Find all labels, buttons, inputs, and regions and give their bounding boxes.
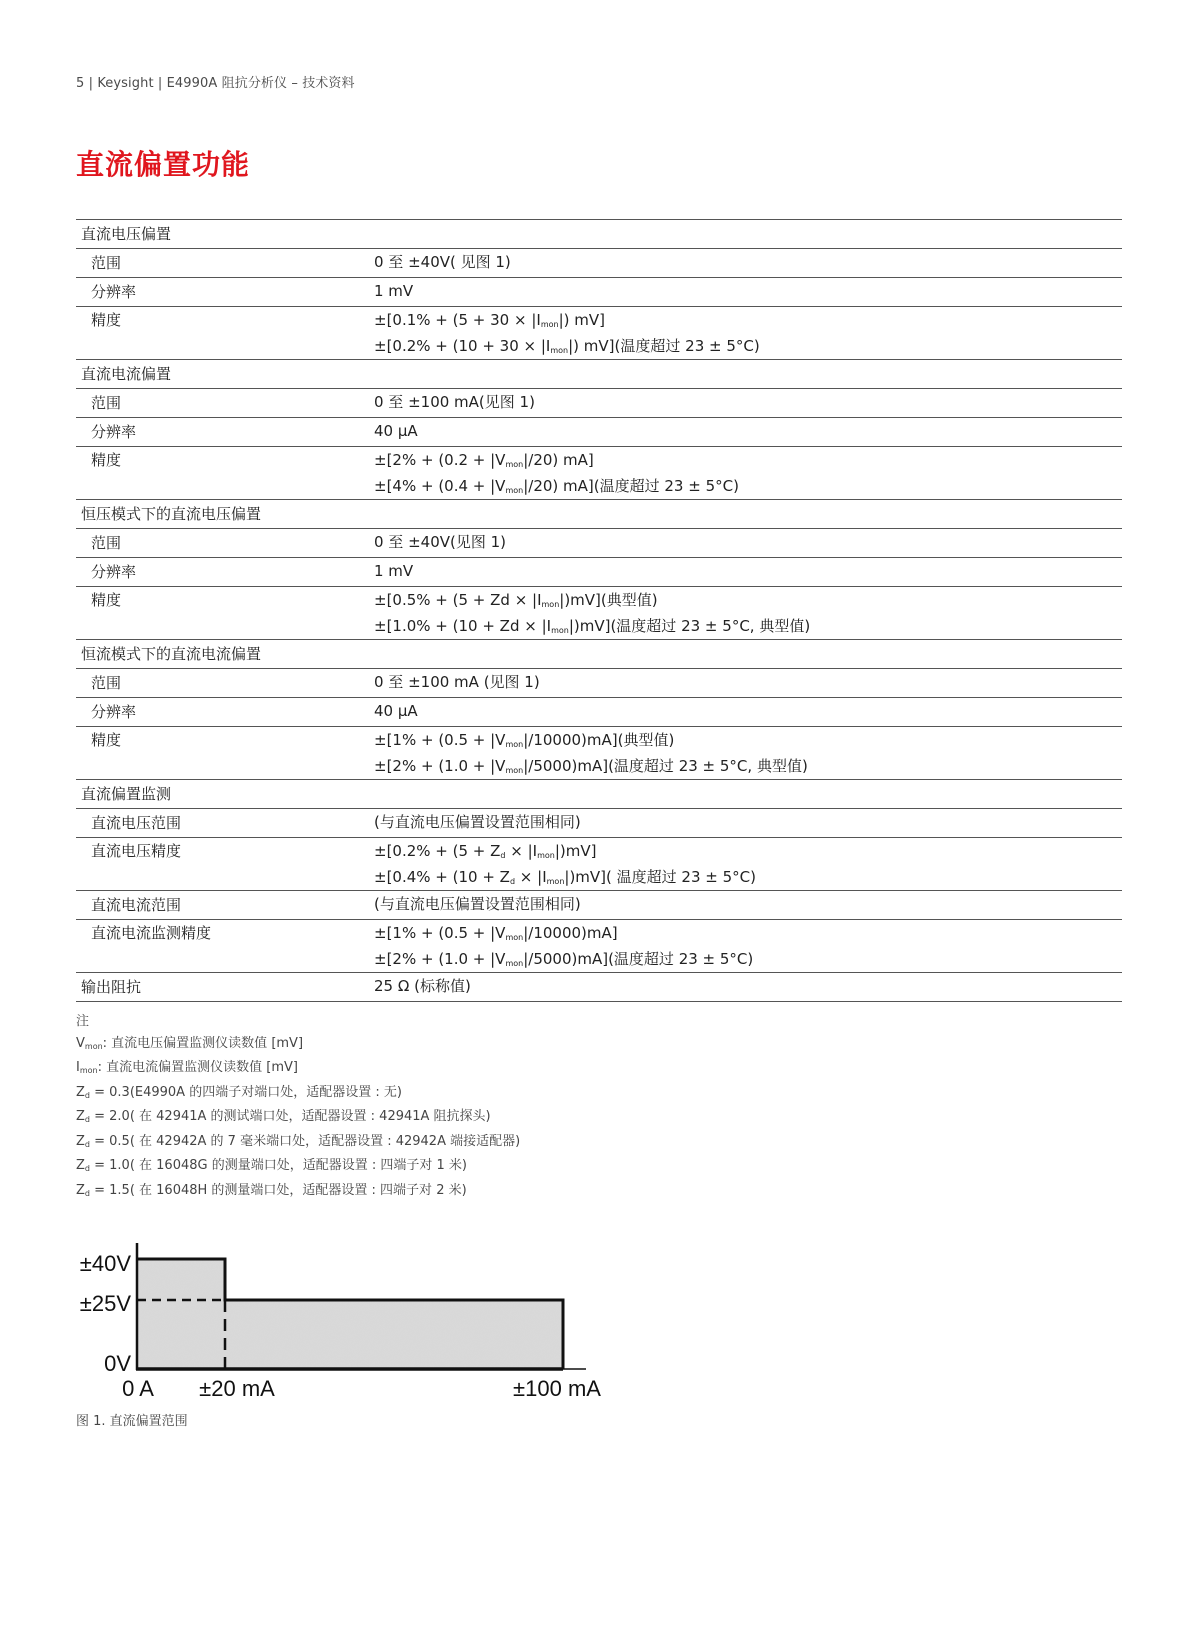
row-value: 1 mV <box>374 558 1122 587</box>
table-row: 直流电压范围(与直流电压偏置设置范围相同) <box>76 809 1122 838</box>
page-title: 直流偏置功能 <box>76 143 250 183</box>
row-label: 精度 <box>76 587 374 640</box>
value-line: (与直流电压偏置设置范围相同) <box>374 809 1122 835</box>
row-label: 直流电流监测精度 <box>76 920 374 973</box>
notes: 注 Vmon: 直流电压偏置监测仪读数值 [mV]Imon: 直流电流偏置监测仪… <box>76 1011 520 1204</box>
table-row: 分辨率40 µA <box>76 418 1122 447</box>
row-label: 范围 <box>76 529 374 558</box>
table-row: 精度±[0.1% + (5 + 30 × |Imon|) mV]±[0.2% +… <box>76 307 1122 360</box>
y-tick-25v: ±25V <box>80 1291 132 1316</box>
row-value: 0 至 ±100 mA(见图 1) <box>374 389 1122 418</box>
row-value: 1 mV <box>374 278 1122 307</box>
row-label: 范围 <box>76 389 374 418</box>
row-value: ±[0.1% + (5 + 30 × |Imon|) mV]±[0.2% + (… <box>374 307 1122 360</box>
row-label: 范围 <box>76 669 374 698</box>
note-item: Vmon: 直流电压偏置监测仪读数值 [mV] <box>76 1033 520 1058</box>
row-value: ±[0.2% + (5 + Zd × |Imon|)mV]±[0.4% + (1… <box>374 838 1122 891</box>
section-heading: 直流偏置监测 <box>76 780 1122 809</box>
value-line: ±[2% + (0.2 + |Vmon|/20) mA] <box>374 447 1122 473</box>
row-value: 0 至 ±100 mA (见图 1) <box>374 669 1122 698</box>
table-row: 精度±[1% + (0.5 + |Vmon|/10000)mA](典型值)±[2… <box>76 727 1122 780</box>
section-heading: 直流电流偏置 <box>76 360 1122 389</box>
value-line: ±[0.1% + (5 + 30 × |Imon|) mV] <box>374 307 1122 333</box>
section-heading-row: 直流电流偏置 <box>76 360 1122 389</box>
row-value: 0 至 ±40V(见图 1) <box>374 529 1122 558</box>
note-item: Zd = 0.3(E4990A 的四端子对端口处，适配器设置 : 无) <box>76 1082 520 1107</box>
row-label: 输出阻抗 <box>76 973 374 1002</box>
row-label: 范围 <box>76 249 374 278</box>
table-row: 精度±[2% + (0.2 + |Vmon|/20) mA]±[4% + (0.… <box>76 447 1122 500</box>
row-value: 25 Ω (标称值) <box>374 973 1122 1002</box>
section-heading-row: 直流电压偏置 <box>76 220 1122 249</box>
table-row: 直流电流范围(与直流电压偏置设置范围相同) <box>76 891 1122 920</box>
section-heading-row: 恒流模式下的直流电流偏置 <box>76 640 1122 669</box>
value-line: 0 至 ±40V( 见图 1) <box>374 249 1122 275</box>
x-tick-0a: 0 A <box>122 1376 154 1401</box>
row-label: 精度 <box>76 727 374 780</box>
value-line: 0 至 ±100 mA(见图 1) <box>374 389 1122 415</box>
y-tick-0v: 0V <box>104 1351 131 1376</box>
table-row: 范围0 至 ±40V(见图 1) <box>76 529 1122 558</box>
table-row-output-impedance: 输出阻抗25 Ω (标称值) <box>76 973 1122 1002</box>
row-label: 分辨率 <box>76 558 374 587</box>
row-label: 直流电流范围 <box>76 891 374 920</box>
row-label: 分辨率 <box>76 278 374 307</box>
table-row: 分辨率40 µA <box>76 698 1122 727</box>
table-row: 范围0 至 ±40V( 见图 1) <box>76 249 1122 278</box>
value-line: ±[1% + (0.5 + |Vmon|/10000)mA](典型值) <box>374 727 1122 753</box>
value-line: ±[1.0% + (10 + Zd × |Imon|)mV](温度超过 23 ±… <box>374 613 1122 639</box>
table-row: 精度±[0.5% + (5 + Zd × |Imon|)mV](典型值)±[1.… <box>76 587 1122 640</box>
section-heading-row: 恒压模式下的直流电压偏置 <box>76 500 1122 529</box>
value-line: 40 µA <box>374 418 1122 444</box>
value-line: 0 至 ±100 mA (见图 1) <box>374 669 1122 695</box>
section-heading: 恒流模式下的直流电流偏置 <box>76 640 1122 669</box>
table-row: 分辨率1 mV <box>76 278 1122 307</box>
row-value: ±[1% + (0.5 + |Vmon|/10000)mA]±[2% + (1.… <box>374 920 1122 973</box>
value-line: ±[4% + (0.4 + |Vmon|/20) mA](温度超过 23 ± 5… <box>374 473 1122 499</box>
table-row: 范围0 至 ±100 mA (见图 1) <box>76 669 1122 698</box>
note-item: Zd = 1.0( 在 16048G 的测量端口处，适配器设置 : 四端子对 1… <box>76 1155 520 1180</box>
row-label: 分辨率 <box>76 418 374 447</box>
section-heading: 直流电压偏置 <box>76 220 1122 249</box>
chart-svg: ±40V ±25V 0V 0 A ±20 mA ±100 mA <box>70 1235 630 1410</box>
value-line: ±[0.5% + (5 + Zd × |Imon|)mV](典型值) <box>374 587 1122 613</box>
value-line: ±[0.2% + (5 + Zd × |Imon|)mV] <box>374 838 1122 864</box>
x-tick-20ma: ±20 mA <box>199 1376 275 1401</box>
table-row: 范围0 至 ±100 mA(见图 1) <box>76 389 1122 418</box>
table-row: 分辨率1 mV <box>76 558 1122 587</box>
value-line: 1 mV <box>374 278 1122 304</box>
value-line: (与直流电压偏置设置范围相同) <box>374 891 1122 917</box>
row-value: ±[1% + (0.5 + |Vmon|/10000)mA](典型值)±[2% … <box>374 727 1122 780</box>
row-value: 0 至 ±40V( 见图 1) <box>374 249 1122 278</box>
x-tick-100ma: ±100 mA <box>513 1376 601 1401</box>
row-value: (与直流电压偏置设置范围相同) <box>374 809 1122 838</box>
row-value: (与直流电压偏置设置范围相同) <box>374 891 1122 920</box>
value-line: 0 至 ±40V(见图 1) <box>374 529 1122 555</box>
note-item: Zd = 0.5( 在 42942A 的 7 毫米端口处，适配器设置 : 429… <box>76 1131 520 1156</box>
note-item: Zd = 2.0( 在 42941A 的测试端口处，适配器设置 : 42941A… <box>76 1106 520 1131</box>
value-line: 1 mV <box>374 558 1122 584</box>
value-line: 40 µA <box>374 698 1122 724</box>
row-value: 40 µA <box>374 698 1122 727</box>
bias-range-chart: ±40V ±25V 0V 0 A ±20 mA ±100 mA <box>70 1235 630 1410</box>
section-heading: 恒压模式下的直流电压偏置 <box>76 500 1122 529</box>
figure-caption: 图 1. 直流偏置范围 <box>76 1410 188 1429</box>
row-label: 分辨率 <box>76 698 374 727</box>
value-line: ±[0.2% + (10 + 30 × |Imon|) mV](温度超过 23 … <box>374 333 1122 359</box>
row-value: 40 µA <box>374 418 1122 447</box>
value-line: ±[2% + (1.0 + |Vmon|/5000)mA](温度超过 23 ± … <box>374 753 1122 779</box>
table-row: 直流电压精度±[0.2% + (5 + Zd × |Imon|)mV]±[0.4… <box>76 838 1122 891</box>
note-item: Imon: 直流电流偏置监测仪读数值 [mV] <box>76 1057 520 1082</box>
note-item: Zd = 1.5( 在 16048H 的测量端口处，适配器设置 : 四端子对 2… <box>76 1180 520 1205</box>
section-heading-row: 直流偏置监测 <box>76 780 1122 809</box>
y-tick-40v: ±40V <box>80 1251 132 1276</box>
value-line: ±[0.4% + (10 + Zd × |Imon|)mV]( 温度超过 23 … <box>374 864 1122 890</box>
spec-table: 直流电压偏置范围0 至 ±40V( 见图 1)分辨率1 mV精度±[0.1% +… <box>76 219 1122 1002</box>
value-line: ±[2% + (1.0 + |Vmon|/5000)mA](温度超过 23 ± … <box>374 946 1122 972</box>
table-row: 直流电流监测精度±[1% + (0.5 + |Vmon|/10000)mA]±[… <box>76 920 1122 973</box>
row-label: 精度 <box>76 447 374 500</box>
notes-heading: 注 <box>76 1011 520 1033</box>
row-value: ±[2% + (0.2 + |Vmon|/20) mA]±[4% + (0.4 … <box>374 447 1122 500</box>
row-label: 直流电压精度 <box>76 838 374 891</box>
row-label: 精度 <box>76 307 374 360</box>
row-value: ±[0.5% + (5 + Zd × |Imon|)mV](典型值)±[1.0%… <box>374 587 1122 640</box>
page-header: 5 | Keysight | E4990A 阻抗分析仪 – 技术资料 <box>76 72 355 91</box>
row-label: 直流电压范围 <box>76 809 374 838</box>
value-line: ±[1% + (0.5 + |Vmon|/10000)mA] <box>374 920 1122 946</box>
